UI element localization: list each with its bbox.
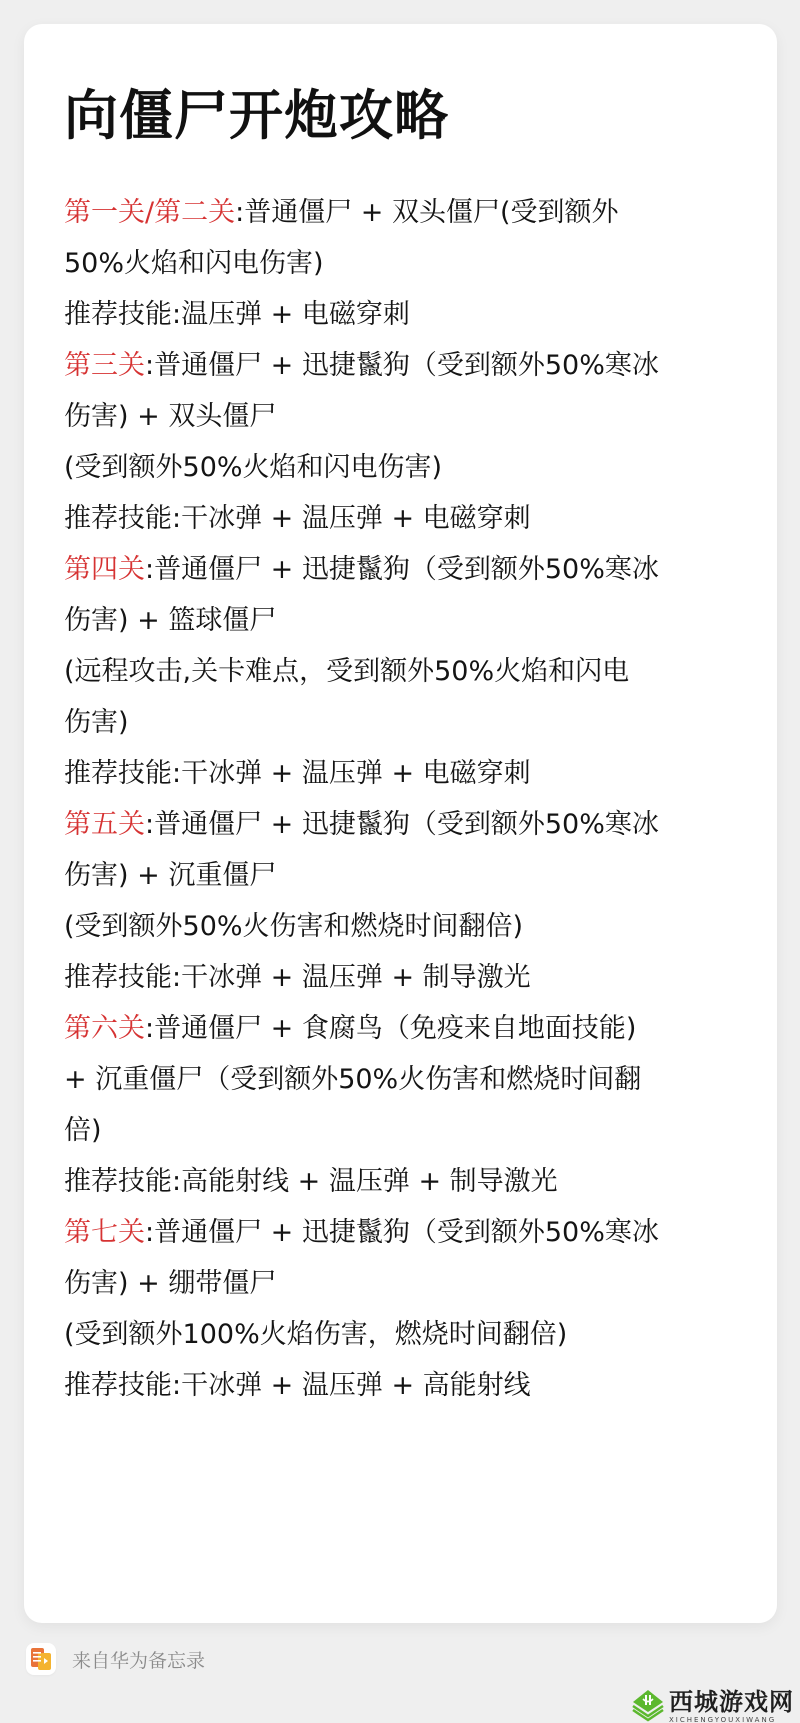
level-label: 第一关/第二关 (64, 197, 235, 228)
note-line: (受到额外100%火焰伤害，燃烧时间翻倍) (64, 1309, 754, 1360)
level-label: 第六关 (64, 1013, 145, 1044)
line-text: 50%火焰和闪电伤害) (64, 248, 324, 279)
line-text: 推荐技能:高能射线 + 温压弹 + 制导激光 (64, 1166, 558, 1197)
note-line: 伤害) + 沉重僵尸 (64, 850, 754, 901)
line-text: 推荐技能:干冰弹 + 温压弹 + 电磁穿刺 (64, 758, 531, 789)
line-text: 推荐技能:温压弹 + 电磁穿刺 (64, 299, 410, 330)
level-heading-line: 第四关:普通僵尸 + 迅捷鬣狗（受到额外50%寒冰 (64, 544, 754, 595)
note-card: 向僵尸开炮攻略 第一关/第二关:普通僵尸 + 双头僵尸(受到额外50%火焰和闪电… (24, 24, 777, 1623)
line-text: 伤害) + 绷带僵尸 (64, 1268, 276, 1299)
note-line: (受到额外50%火焰和闪电伤害) (64, 442, 754, 493)
line-text: + 沉重僵尸（受到额外50%火伤害和燃烧时间翻 (64, 1064, 641, 1095)
line-text: 伤害) + 双头僵尸 (64, 401, 276, 432)
note-title: 向僵尸开炮攻略 (64, 86, 449, 145)
line-text: 伤害) (64, 707, 129, 738)
line-text: 推荐技能:干冰弹 + 温压弹 + 电磁穿刺 (64, 503, 531, 534)
level-label: 第七关 (64, 1217, 145, 1248)
line-text: 伤害) + 沉重僵尸 (64, 860, 276, 891)
xicheng-logo-icon (631, 1688, 665, 1723)
line-text: (受到额外50%火伤害和燃烧时间翻倍) (64, 911, 523, 942)
note-line: 推荐技能:干冰弹 + 温压弹 + 电磁穿刺 (64, 748, 754, 799)
line-text: :普通僵尸 + 迅捷鬣狗（受到额外50%寒冰 (145, 809, 659, 840)
note-line: 推荐技能:干冰弹 + 温压弹 + 制导激光 (64, 952, 754, 1003)
line-text: 倍) (64, 1115, 102, 1146)
line-text: :普通僵尸 + 迅捷鬣狗（受到额外50%寒冰 (145, 554, 659, 585)
level-heading-line: 第七关:普通僵尸 + 迅捷鬣狗（受到额外50%寒冰 (64, 1207, 754, 1258)
note-line: 50%火焰和闪电伤害) (64, 238, 754, 289)
line-text: 推荐技能:干冰弹 + 温压弹 + 高能射线 (64, 1370, 531, 1401)
note-line: + 沉重僵尸（受到额外50%火伤害和燃烧时间翻 (64, 1054, 754, 1105)
line-text: :普通僵尸 + 迅捷鬣狗（受到额外50%寒冰 (145, 1217, 659, 1248)
site-watermark: 西城游戏网 XICHENGYOUXIWANG (631, 1688, 794, 1723)
note-line: 推荐技能:干冰弹 + 温压弹 + 电磁穿刺 (64, 493, 754, 544)
level-heading-line: 第一关/第二关:普通僵尸 + 双头僵尸(受到额外 (64, 187, 754, 238)
note-line: 伤害) + 篮球僵尸 (64, 595, 754, 646)
level-label: 第五关 (64, 809, 145, 840)
note-line: (受到额外50%火伤害和燃烧时间翻倍) (64, 901, 754, 952)
level-label: 第四关 (64, 554, 145, 585)
line-text: :普通僵尸 + 迅捷鬣狗（受到额外50%寒冰 (145, 350, 659, 381)
note-line: 伤害) + 绷带僵尸 (64, 1258, 754, 1309)
note-line: 推荐技能:温压弹 + 电磁穿刺 (64, 289, 754, 340)
watermark-name: 西城游戏网 (669, 1690, 794, 1714)
line-text: :普通僵尸 + 食腐鸟（免疫来自地面技能) (145, 1013, 636, 1044)
note-line: (远程攻击,关卡难点，受到额外50%火焰和闪电 (64, 646, 754, 697)
note-line: 推荐技能:高能射线 + 温压弹 + 制导激光 (64, 1156, 754, 1207)
note-body: 第一关/第二关:普通僵尸 + 双头僵尸(受到额外50%火焰和闪电伤害)推荐技能:… (64, 187, 754, 1411)
line-text: :普通僵尸 + 双头僵尸(受到额外 (235, 197, 618, 228)
level-heading-line: 第六关:普通僵尸 + 食腐鸟（免疫来自地面技能) (64, 1003, 754, 1054)
source-footer: 来自华为备忘录 (26, 1643, 205, 1675)
note-line: 推荐技能:干冰弹 + 温压弹 + 高能射线 (64, 1360, 754, 1411)
level-label: 第三关 (64, 350, 145, 381)
note-line: 伤害) + 双头僵尸 (64, 391, 754, 442)
watermark-name-en: XICHENGYOUXIWANG (669, 1715, 794, 1723)
level-heading-line: 第五关:普通僵尸 + 迅捷鬣狗（受到额外50%寒冰 (64, 799, 754, 850)
line-text: 推荐技能:干冰弹 + 温压弹 + 制导激光 (64, 962, 531, 993)
line-text: 伤害) + 篮球僵尸 (64, 605, 276, 636)
line-text: (受到额外100%火焰伤害，燃烧时间翻倍) (64, 1319, 567, 1350)
line-text: (受到额外50%火焰和闪电伤害) (64, 452, 442, 483)
note-line: 倍) (64, 1105, 754, 1156)
level-heading-line: 第三关:普通僵尸 + 迅捷鬣狗（受到额外50%寒冰 (64, 340, 754, 391)
note-line: 伤害) (64, 697, 754, 748)
line-text: (远程攻击,关卡难点，受到额外50%火焰和闪电 (64, 656, 629, 687)
source-label: 来自华为备忘录 (72, 1646, 205, 1673)
huawei-notes-icon (26, 1643, 56, 1675)
